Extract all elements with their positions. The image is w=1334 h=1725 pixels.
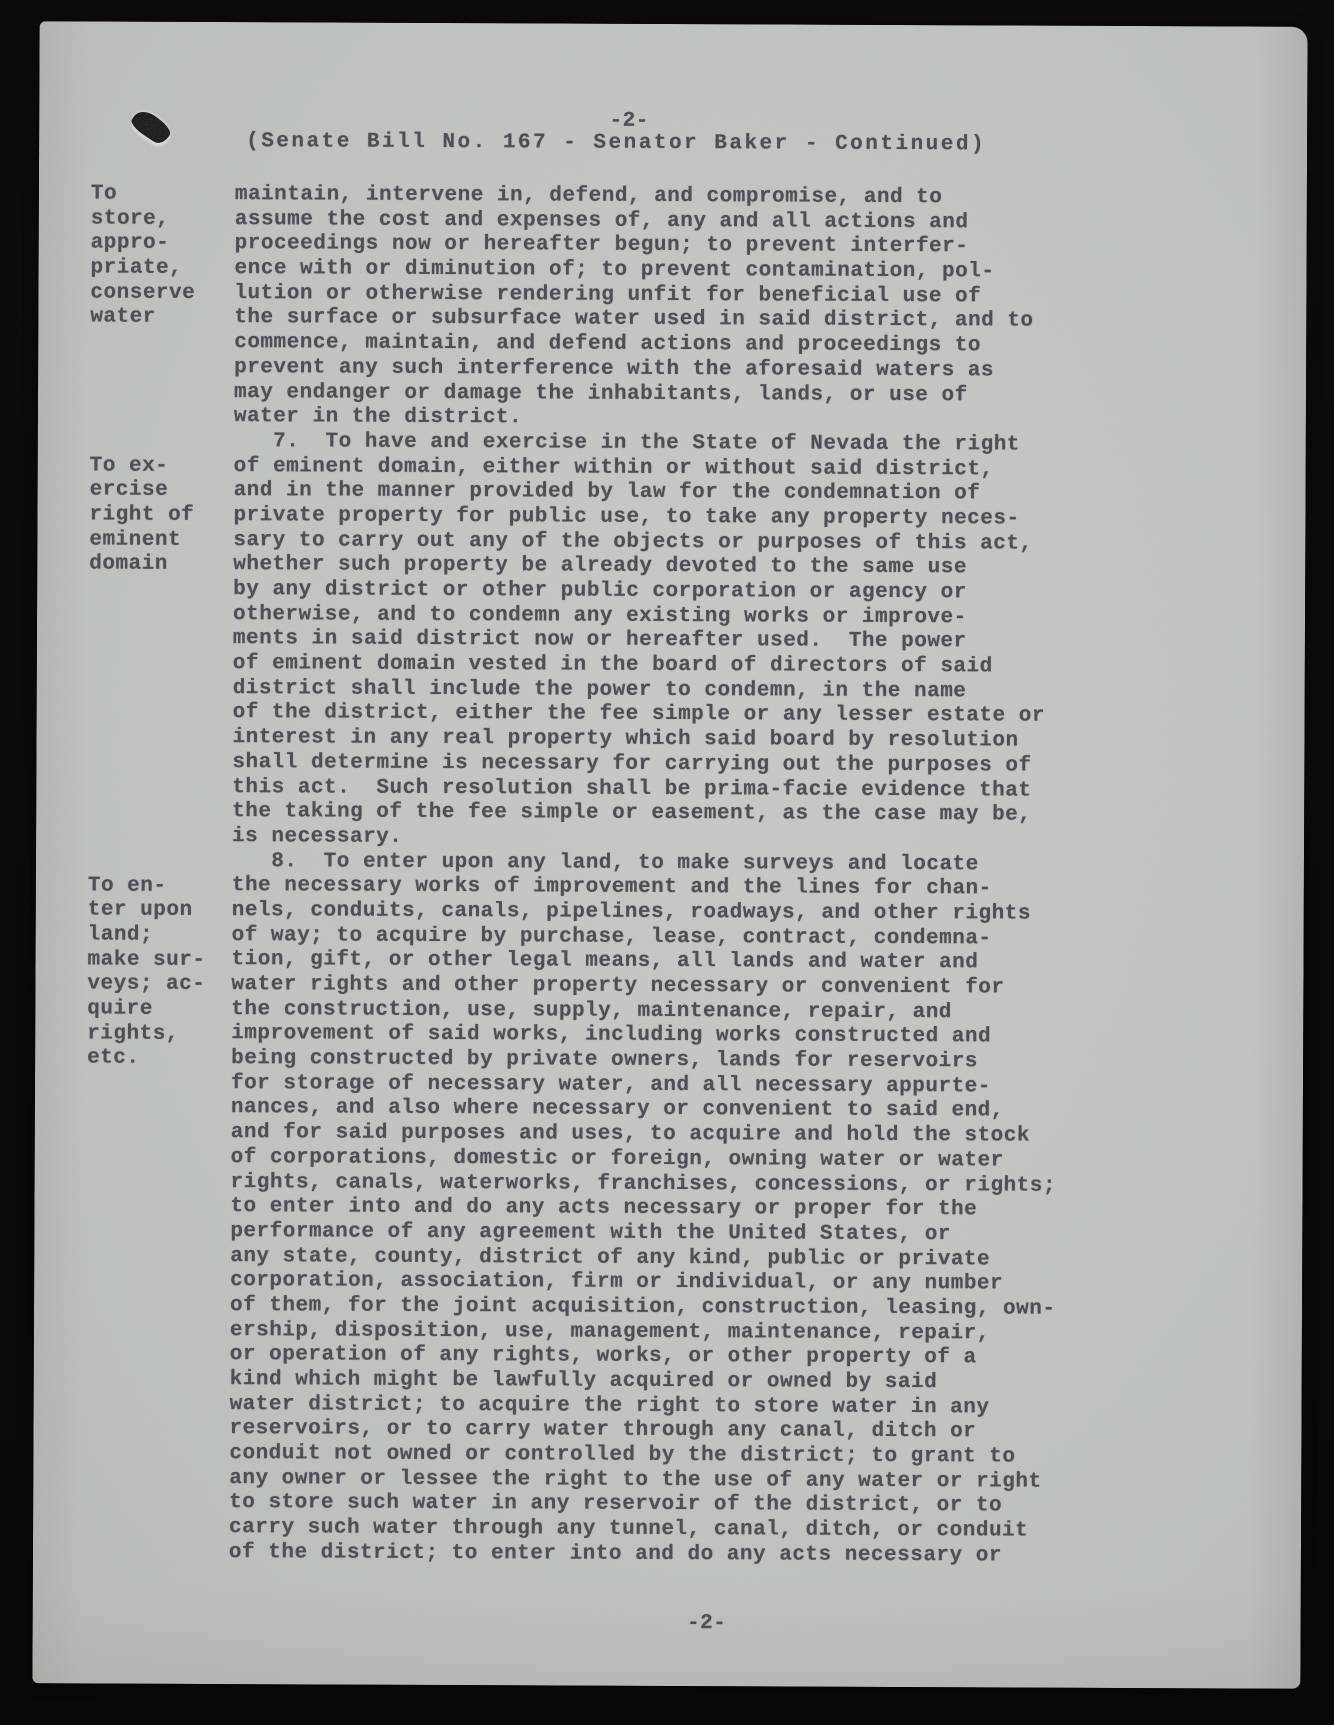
document-title: (Senate Bill No. 167 - Senator Baker - C… [246, 130, 986, 156]
body-line: of them, for the joint acquisition, cons… [230, 1294, 1056, 1322]
margin-note-line: veys; ac- [87, 973, 205, 998]
body-line: performance of any agreement with the Un… [230, 1220, 1056, 1248]
margin-note-line: etc. [87, 1047, 205, 1072]
margin-note: Tostore,appro-priate,conservewater [90, 182, 195, 331]
body-line: proceedings now or hereafter begun; to p… [235, 232, 1061, 260]
margin-note-line: right of [89, 504, 194, 529]
page-number-footer: -2- [647, 1612, 767, 1636]
body-line: prevent any such interference with the a… [234, 356, 1060, 384]
margin-note-line: conserve [90, 281, 195, 306]
document-page: -2- (Senate Bill No. 167 - Senator Baker… [32, 21, 1307, 1689]
body-line: is necessary. [232, 825, 1058, 853]
body-line: shall determine is necessary for carryin… [232, 751, 1058, 779]
hole-punch-mark [128, 107, 174, 147]
margin-note-line: priate, [90, 257, 195, 282]
body-line: of the district, either the fee simple o… [233, 702, 1059, 730]
margin-note-line: land; [88, 923, 206, 948]
body-line: tion, gift, or other legal means, all la… [231, 948, 1057, 976]
body-text: maintain, intervene in, defend, and comp… [229, 183, 1060, 1569]
margin-note-line: To [91, 182, 196, 207]
margin-note-line: domain [89, 553, 194, 578]
body-line: improvement of said works, including wor… [231, 1022, 1057, 1050]
body-line: and in the manner provided by law for th… [234, 479, 1060, 507]
margin-note-line: store, [91, 207, 196, 232]
margin-note: To en-ter uponland;make sur-veys; ac-qui… [87, 874, 206, 1072]
body-line: water rights and other property necessar… [231, 973, 1057, 1001]
body-line: 7. To have and exercise in the State of … [234, 430, 1060, 458]
body-line: to enter into and do any acts necessary … [230, 1195, 1056, 1223]
body-line: the taking of the fee simple or easement… [232, 800, 1058, 828]
margin-note-line: To en- [88, 874, 206, 899]
margin-note-line: ter upon [88, 899, 206, 924]
scan-background: -2- (Senate Bill No. 167 - Senator Baker… [0, 0, 1334, 1725]
body-line: carry such water through any tunnel, can… [229, 1516, 1055, 1544]
body-line: reservoirs, or to carry water through an… [229, 1417, 1055, 1445]
body-line: private property for public use, to take… [233, 504, 1059, 532]
body-line: and for said purposes and uses, to acqui… [231, 1121, 1057, 1149]
body-line: or operation of any rights, works, or ot… [230, 1343, 1056, 1371]
body-line: of corporations, domestic or foreign, ow… [231, 1146, 1057, 1174]
body-line: nances, and also where necessary or conv… [231, 1097, 1057, 1125]
body-line: the necessary works of improvement and t… [232, 874, 1058, 902]
body-line: whether such property be already devoted… [233, 553, 1059, 581]
margin-note: To ex-erciseright ofeminentdomain [89, 454, 194, 578]
body-line: commence, maintain, and defend actions a… [234, 331, 1060, 359]
body-line: to store such water in any reservoir of … [229, 1492, 1055, 1520]
body-line: being constructed by private owners, lan… [231, 1047, 1057, 1075]
body-line: ments in said district now or hereafter … [233, 627, 1059, 655]
margin-notes: Tostore,appro-priate,conservewaterTo ex-… [40, 21, 1308, 27]
body-line: ence with or diminution of; to prevent c… [234, 257, 1060, 285]
margin-note-line: To ex- [90, 454, 195, 479]
body-line: rights, canals, waterworks, franchises, … [231, 1171, 1057, 1199]
body-line: water in the district. [234, 405, 1060, 433]
body-line: the surface or subsurface water used in … [234, 307, 1060, 335]
margin-note-line: ercise [90, 479, 195, 504]
body-line: may endanger or damage the inhabitants, … [234, 381, 1060, 409]
margin-note-line: rights, [87, 1022, 205, 1047]
body-line: by any district or other public corporat… [233, 578, 1059, 606]
margin-note-line: quire [87, 997, 205, 1022]
body-line: kind which might be lawfully acquired or… [230, 1368, 1056, 1396]
margin-note-line: appro- [91, 232, 196, 257]
margin-note-line: make sur- [87, 948, 205, 973]
body-line: this act. Such resolution shall be prima… [232, 776, 1058, 804]
margin-note-line: eminent [89, 528, 194, 553]
body-line: of eminent domain vested in the board of… [233, 652, 1059, 680]
body-line: nels, conduits, canals, pipelines, roadw… [232, 899, 1058, 927]
body-line: maintain, intervene in, defend, and comp… [235, 183, 1061, 211]
body-line: of the district; to enter into and do an… [229, 1541, 1055, 1569]
page-number-header: -2- [569, 110, 689, 134]
margin-note-line: water [90, 306, 195, 331]
body-line: conduit not owned or controlled by the d… [229, 1442, 1055, 1470]
body-line: interest in any real property which said… [232, 726, 1058, 754]
body-line: corporation, association, firm or indivi… [230, 1269, 1056, 1297]
